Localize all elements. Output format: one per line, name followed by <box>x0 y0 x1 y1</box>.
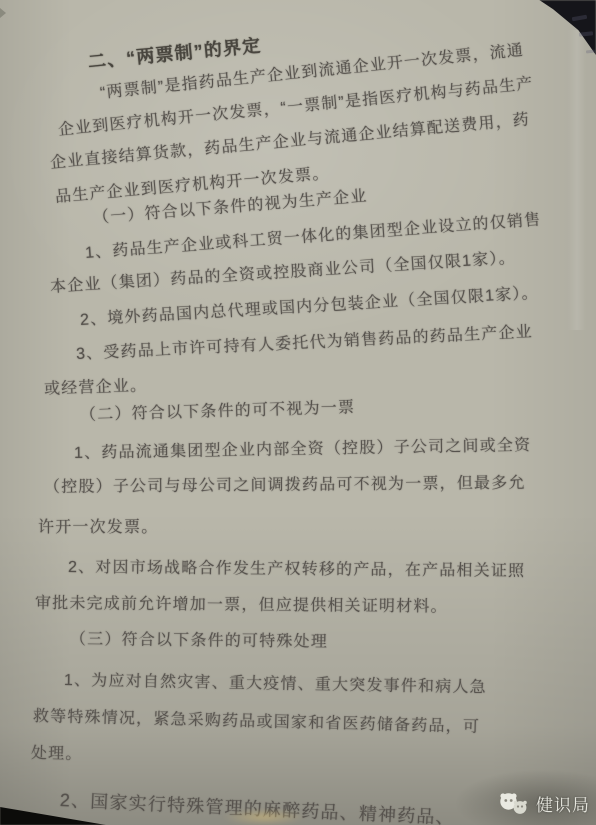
document-line: 处理。 <box>31 740 83 764</box>
document-line: 1、药品流通集团型企业内部全资（控股）子公司之间或全资 <box>74 432 532 463</box>
watermark: 健识局 <box>498 791 590 816</box>
document-line: 救等特殊情况，紧急采购药品或国家和省医药储备药品，可 <box>33 703 481 737</box>
document-line: 1、为应对自然灾害、重大疫情、重大突发事件和病人急 <box>64 667 487 697</box>
document-line: 审批未完成前允许增加一票，但应提供相关证明材料。 <box>35 590 448 617</box>
document-line: （二）符合以下条件的可不视为一票 <box>80 394 356 425</box>
photographed-document: 二、“两票制”的界定“两票制”是指药品生产企业到流通企业开一次发票，流通企业到医… <box>0 0 596 825</box>
document-line: （三）符合以下条件的可特殊处理 <box>70 626 328 652</box>
paper-edge-highlight <box>568 30 586 330</box>
light-glow-spot <box>222 809 306 825</box>
chat-bubbles-logo-icon <box>498 791 529 816</box>
photo-dark-corner-top-right <box>533 0 596 58</box>
document-line: 2、对因市场战略合作发生产权转移的产品，在产品相关证照 <box>68 554 525 581</box>
document-line: 许开一次发票。 <box>38 514 158 537</box>
paper-speck <box>0 8 6 18</box>
document-line: 或经营企业。 <box>44 372 148 399</box>
document-line: （控股）子公司与母公司之间调拨药品可不视为一票，但最多允 <box>44 470 526 497</box>
watermark-label: 健识局 <box>536 791 590 816</box>
faint-edge-mark <box>586 50 595 54</box>
